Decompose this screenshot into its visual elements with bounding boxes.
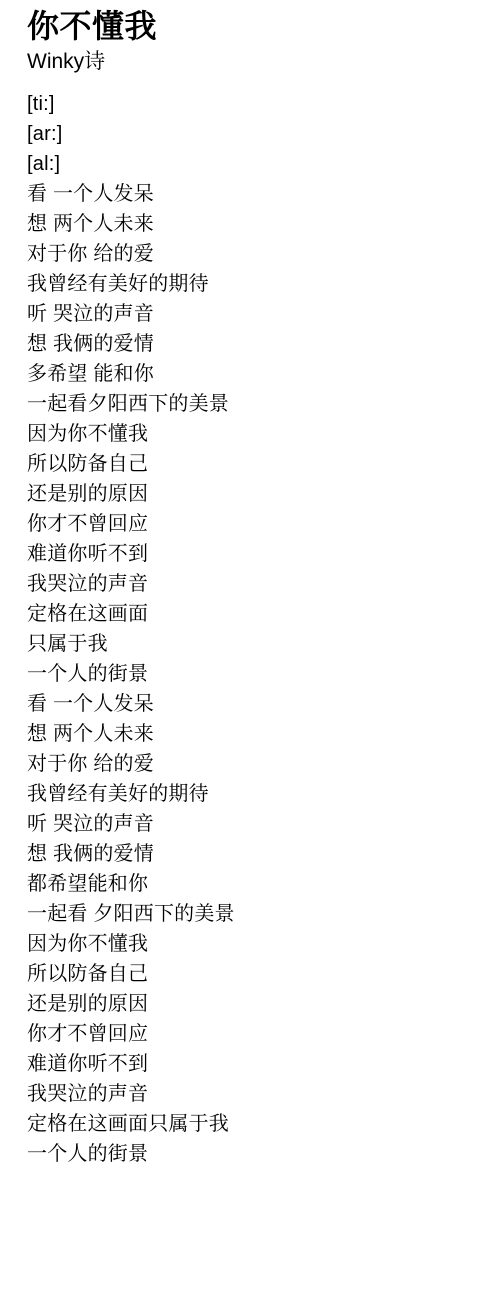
lyric-line: 一个人的街景 <box>27 1139 480 1169</box>
lyric-line: 难道你听不到 <box>27 539 480 569</box>
lyric-line: 想 两个人未来 <box>27 209 480 239</box>
lyric-line: 一起看 夕阳西下的美景 <box>27 899 480 929</box>
lyric-line: 一起看夕阳西下的美景 <box>27 389 480 419</box>
song-title: 你不懂我 <box>27 6 480 46</box>
lyric-line: 看 一个人发呆 <box>27 179 480 209</box>
lyric-line: 想 两个人未来 <box>27 719 480 749</box>
artist-name: Winky诗 <box>27 48 480 76</box>
lyric-line: 对于你 给的爱 <box>27 749 480 779</box>
lyric-line: 所以防备自己 <box>27 959 480 989</box>
lyric-line: 你才不曾回应 <box>27 1019 480 1049</box>
lyric-line: 还是别的原因 <box>27 479 480 509</box>
lyric-line: [ar:] <box>27 119 480 149</box>
lyric-line: 难道你听不到 <box>27 1049 480 1079</box>
lyric-line: 都希望能和你 <box>27 869 480 899</box>
lyric-line: 还是别的原因 <box>27 989 480 1019</box>
lyric-line: 听 哭泣的声音 <box>27 299 480 329</box>
lyric-line: 看 一个人发呆 <box>27 689 480 719</box>
lyric-line: 定格在这画面只属于我 <box>27 1109 480 1139</box>
lyric-line: 听 哭泣的声音 <box>27 809 480 839</box>
lyrics-page: 你不懂我 Winky诗 [ti:][ar:][al:]看 一个人发呆想 两个人未… <box>0 0 500 1300</box>
lyric-line: 我哭泣的声音 <box>27 1079 480 1109</box>
lyric-line: [ti:] <box>27 89 480 119</box>
lyric-line: 想 我俩的爱情 <box>27 839 480 869</box>
lyric-line: 我哭泣的声音 <box>27 569 480 599</box>
lyric-line: 对于你 给的爱 <box>27 239 480 269</box>
lyric-line: [al:] <box>27 149 480 179</box>
lyric-line: 定格在这画面 <box>27 599 480 629</box>
lyric-line: 所以防备自己 <box>27 449 480 479</box>
lyric-line: 我曾经有美好的期待 <box>27 779 480 809</box>
lyric-line: 因为你不懂我 <box>27 419 480 449</box>
lyric-line: 多希望 能和你 <box>27 359 480 389</box>
lyric-line: 我曾经有美好的期待 <box>27 269 480 299</box>
lyric-line: 因为你不懂我 <box>27 929 480 959</box>
lyric-line: 想 我俩的爱情 <box>27 329 480 359</box>
lyric-line: 只属于我 <box>27 629 480 659</box>
lyrics-body: [ti:][ar:][al:]看 一个人发呆想 两个人未来对于你 给的爱我曾经有… <box>27 89 480 1169</box>
lyric-line: 一个人的街景 <box>27 659 480 689</box>
lyric-line: 你才不曾回应 <box>27 509 480 539</box>
